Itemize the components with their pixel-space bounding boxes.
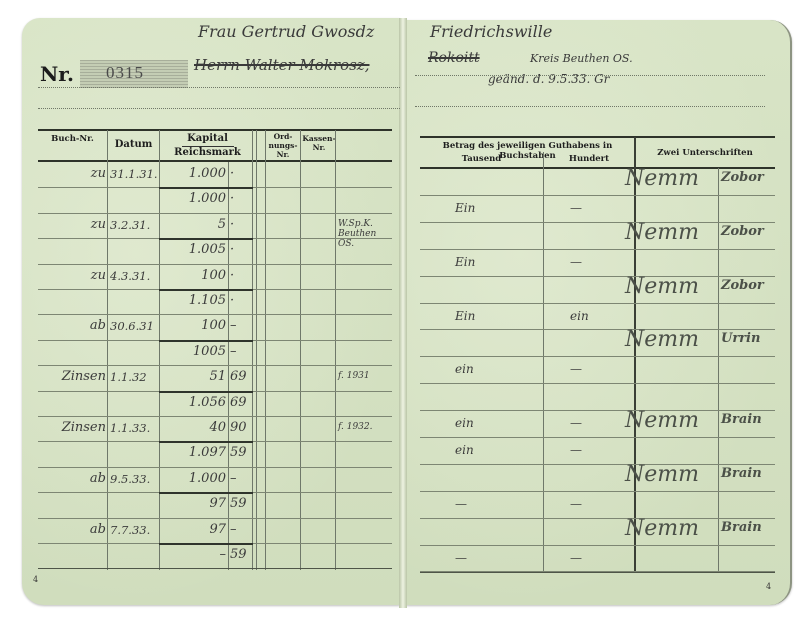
header-tausend: Tausend	[420, 154, 543, 164]
table-bottom-rule	[38, 568, 392, 569]
row-rule	[420, 356, 775, 357]
row-rule	[38, 365, 392, 366]
amount-reichsmark: 97	[162, 496, 226, 511]
col-divider	[634, 137, 636, 572]
row-rule	[420, 222, 775, 223]
entry-type: ab	[48, 318, 106, 333]
amount-thousands-words: —	[455, 551, 467, 565]
amount-hundreds-words: —	[570, 201, 582, 215]
amount-reichsmark: 100	[162, 318, 226, 333]
entry-date: 30.6.31	[110, 319, 158, 333]
header-unterschriften: Zwei Unterschriften	[635, 148, 775, 158]
entry-date: 9.5.33.	[110, 472, 158, 486]
amount-thousands-words: Ein	[455, 309, 475, 323]
col-divider	[107, 130, 108, 570]
place-name: Friedrichswille	[430, 22, 552, 41]
row-rule	[38, 416, 392, 417]
signature-2: Zobor	[721, 278, 764, 293]
header-kapital: Kapital	[160, 134, 255, 144]
signature-1: Nemm	[625, 166, 699, 191]
amount-thousands-words: ein	[455, 443, 474, 457]
row-rule	[420, 437, 775, 438]
entry-date: 4.3.31.	[110, 269, 158, 283]
col-divider	[252, 130, 253, 570]
signature-1: Nemm	[625, 462, 699, 487]
amount-reichsmark: 97	[162, 522, 226, 537]
dotted-rule	[38, 108, 400, 109]
account-number: 0315	[106, 63, 144, 83]
amount-reichsmark: 51	[162, 369, 226, 384]
row-rule	[420, 249, 775, 250]
amount-hundreds-words: —	[570, 497, 582, 511]
row-rule	[38, 467, 392, 468]
amount-pfennig: ·	[230, 242, 252, 257]
dotted-rule	[38, 87, 400, 88]
subtotal-rule	[159, 391, 253, 393]
header-datum: Datum	[107, 140, 160, 150]
page-number-left: 4	[33, 575, 38, 584]
table-bottom-rule	[420, 572, 775, 573]
amount-reichsmark: 1.000	[162, 471, 226, 486]
amount-reichsmark: 1.000	[162, 191, 226, 206]
amount-hundreds-words: ein	[570, 309, 589, 323]
row-rule	[38, 314, 392, 315]
signature-2: Zobor	[721, 170, 764, 185]
subtotal-rule	[159, 340, 253, 342]
amount-pfennig: 90	[230, 420, 252, 435]
place-name-struck: Rokoitt	[428, 50, 480, 66]
amount-pfennig: ·	[230, 166, 252, 181]
left-page	[22, 18, 402, 605]
amount-pfennig: ·	[230, 191, 252, 206]
col-divider	[300, 130, 301, 570]
amount-reichsmark: 5	[162, 217, 226, 232]
amount-thousands-words: Ein	[455, 255, 475, 269]
amount-pfennig: 59	[230, 445, 252, 460]
header-buch-nr: Buch-Nr.	[38, 134, 107, 144]
amount-reichsmark: 1.000	[162, 166, 226, 181]
col-divider	[256, 130, 257, 570]
row-rule	[420, 383, 775, 384]
row-rule	[420, 329, 775, 330]
entry-type: zu	[48, 217, 106, 232]
entry-type: Zinsen	[48, 420, 106, 435]
entry-date: 1.1.33.	[110, 421, 158, 435]
col-divider-pfennig	[228, 162, 229, 570]
amount-hundreds-words: —	[570, 443, 582, 457]
header-reichsmark: Reichsmark	[160, 148, 255, 158]
signature-1: Nemm	[625, 516, 699, 541]
subtotal-rule	[159, 543, 253, 545]
entry-date: 7.7.33.	[110, 523, 158, 537]
page-number-right: 4	[766, 582, 771, 591]
col-divider	[543, 152, 544, 572]
entry-type: zu	[48, 268, 106, 283]
col-divider	[718, 168, 719, 572]
amount-pfennig: –	[230, 471, 252, 486]
row-rule	[38, 518, 392, 519]
row-rule	[38, 213, 392, 214]
signature-1: Nemm	[625, 220, 699, 245]
amount-pfennig: ·	[230, 217, 252, 232]
amount-thousands-words: Ein	[455, 201, 475, 215]
table-top-rule	[38, 129, 392, 131]
header-hundert: Hundert	[543, 154, 635, 164]
subtotal-rule	[159, 492, 253, 494]
header-ordnungs-nr: Ord-nungs-Nr.	[264, 132, 302, 159]
amount-hundreds-words: —	[570, 416, 582, 430]
amount-pfennig: –	[230, 522, 252, 537]
entry-type: ab	[48, 522, 106, 537]
entry-date: 31.1.31.	[110, 167, 158, 181]
entry-remark: W.Sp.K. Beuthen OS.	[338, 219, 392, 249]
signature-2: Urrin	[721, 331, 760, 346]
row-rule	[420, 491, 775, 492]
entry-remark: f. 1932.	[338, 422, 392, 432]
subtotal-rule	[159, 187, 253, 189]
amount-pfennig: 59	[230, 496, 252, 511]
amount-reichsmark: 1.097	[162, 445, 226, 460]
col-divider	[265, 130, 266, 570]
amount-reichsmark: –	[162, 547, 226, 562]
entry-date: 1.1.32	[110, 370, 158, 384]
signature-1: Nemm	[625, 408, 699, 433]
entry-type: zu	[48, 166, 106, 181]
dotted-rule	[415, 75, 765, 76]
amount-reichsmark: 1005	[162, 344, 226, 359]
col-divider	[159, 130, 160, 570]
amount-pfennig: –	[230, 344, 252, 359]
amount-thousands-words: ein	[455, 362, 474, 376]
amount-pfennig: ·	[230, 268, 252, 283]
signature-2: Zobor	[721, 224, 764, 239]
amount-reichsmark: 1.005	[162, 242, 226, 257]
table-top-rule	[420, 136, 775, 138]
row-rule	[420, 464, 775, 465]
signature-2: Brain	[721, 466, 762, 481]
dotted-rule	[415, 106, 765, 107]
district-note: Kreis Beuthen OS.	[530, 52, 633, 65]
amount-pfennig: 69	[230, 369, 252, 384]
subtotal-rule	[159, 238, 253, 240]
entry-date: 3.2.31.	[110, 218, 158, 232]
signature-1: Nemm	[625, 274, 699, 299]
owner-name-struck: Herrn Walter Mokrosz,	[194, 56, 369, 74]
book-spine	[399, 18, 407, 608]
amount-hundreds-words: —	[570, 551, 582, 565]
amount-pfennig: 69	[230, 395, 252, 410]
owner-name: Frau Gertrud Gwosdz	[198, 22, 374, 41]
entry-remark: f. 1931	[338, 371, 392, 381]
amount-pfennig: 59	[230, 547, 252, 562]
row-rule	[420, 518, 775, 519]
signature-1: Nemm	[625, 327, 699, 352]
entry-type: Zinsen	[48, 369, 106, 384]
row-rule	[420, 545, 775, 546]
entry-type: ab	[48, 471, 106, 486]
header-bottom-rule	[38, 160, 392, 162]
header-bottom-rule	[420, 167, 775, 169]
col-divider	[335, 130, 336, 570]
row-rule	[420, 303, 775, 304]
amount-thousands-words: ein	[455, 416, 474, 430]
signature-2: Brain	[721, 412, 762, 427]
signature-2: Brain	[721, 520, 762, 535]
amount-reichsmark: 100	[162, 268, 226, 283]
row-rule	[420, 410, 775, 411]
header-kassen-nr: Kassen-Nr.	[302, 134, 336, 152]
row-rule	[38, 264, 392, 265]
amount-hundreds-words: —	[570, 362, 582, 376]
amount-reichsmark: 40	[162, 420, 226, 435]
number-label: Nr.	[40, 62, 74, 86]
subtotal-rule	[159, 289, 253, 291]
amount-pfennig: ·	[230, 293, 252, 308]
amount-hundreds-words: —	[570, 255, 582, 269]
amount-reichsmark: 1.056	[162, 395, 226, 410]
row-rule	[420, 195, 775, 196]
amount-thousands-words: —	[455, 497, 467, 511]
amount-pfennig: –	[230, 318, 252, 333]
row-rule	[420, 276, 775, 277]
subtotal-rule	[159, 441, 253, 443]
amount-reichsmark: 1.105	[162, 293, 226, 308]
